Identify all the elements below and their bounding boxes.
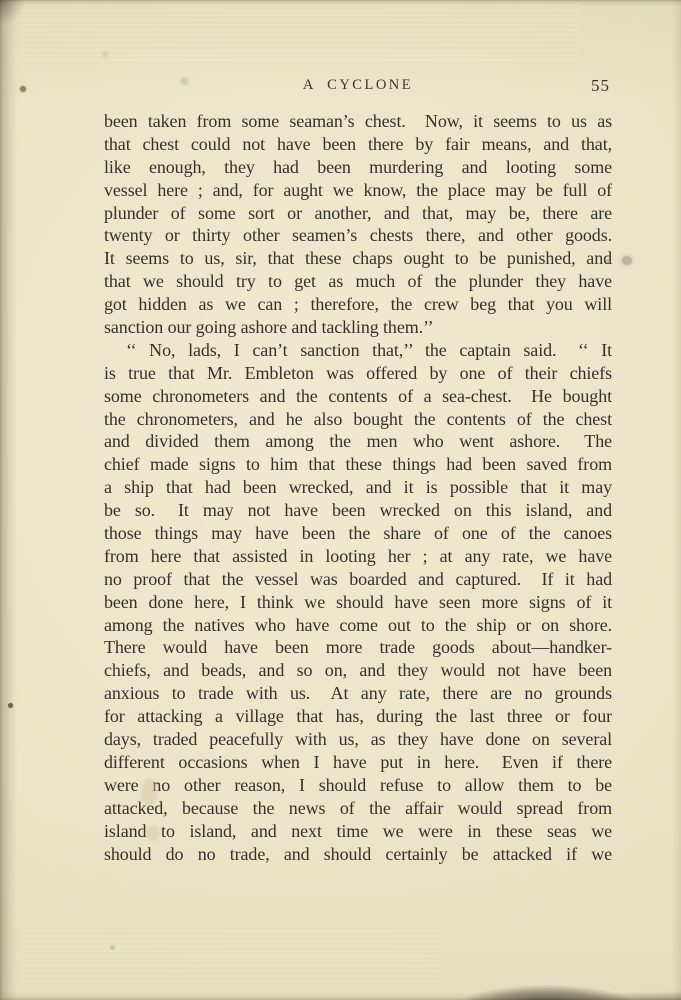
text-line: anxious to trade with us. At any rate, t… (104, 682, 612, 705)
text-line: chiefs, and beads, and so on, and they w… (104, 659, 612, 682)
text-line: There would have been more trade goods a… (104, 636, 612, 659)
text-line: were no other reason, I should refuse to… (104, 774, 612, 797)
text-line: like enough, they had been murdering and… (104, 156, 612, 179)
text-line: attacked, because the news of the affair… (104, 797, 612, 820)
text-line: It seems to us, sir, that these chaps ou… (104, 247, 612, 270)
text-line: twenty or thirty other seamen’s chests t… (104, 224, 612, 247)
page-header: A CYCLONE 55 (104, 77, 612, 97)
text-line: should do no trade, and should certainly… (104, 843, 612, 866)
page-number: 55 (591, 76, 610, 96)
text-line: a ship that had been wrecked, and it is … (104, 476, 612, 499)
foxing-speck (110, 945, 115, 950)
text-line: vessel here ; and, for aught we know, th… (104, 179, 612, 202)
foxing-speck (20, 86, 26, 92)
text-line: for attacking a village that has, during… (104, 705, 612, 728)
text-line: those things may have been the share of … (104, 522, 612, 545)
text-line: ‘‘ No, lads, I can’t sanction that,’’ th… (104, 339, 612, 362)
scan-streaks-top (20, 4, 580, 62)
text-line: different occasions when I have put in h… (104, 751, 612, 774)
running-title: A CYCLONE (104, 77, 612, 94)
foxing-speck (8, 703, 13, 708)
text-line: island to island, and next time we were … (104, 820, 612, 843)
text-line: among the natives who have come out to t… (104, 614, 612, 637)
text-line: plunder of some sort or another, and tha… (104, 202, 612, 225)
paragraph: been taken from some seaman’s chest. Now… (104, 110, 612, 339)
text-block: been taken from some seaman’s chest. Now… (104, 110, 612, 865)
foxing-speck (622, 256, 632, 265)
text-line: days, traded peacefully with us, as they… (104, 728, 612, 751)
text-line: that we should try to get as much of the… (104, 270, 612, 293)
text-line: got hidden as we can ; therefore, the cr… (104, 293, 612, 316)
foxing-speck (102, 51, 108, 57)
text-line: from here that assisted in looting her ;… (104, 545, 612, 568)
text-line: be so. It may not have been wrecked on t… (104, 499, 612, 522)
text-line: been taken from some seaman’s chest. Now… (104, 110, 612, 133)
paragraph: ‘‘ No, lads, I can’t sanction that,’’ th… (104, 339, 612, 865)
text-line: sanction our going ashore and tackling t… (104, 316, 612, 339)
text-line: that chest could not have been there by … (104, 133, 612, 156)
text-line: some chronometers and the contents of a … (104, 385, 612, 408)
text-line: and divided them among the men who went … (104, 430, 612, 453)
text-line: no proof that the vessel was boarded and… (104, 568, 612, 591)
text-line: is true that Mr. Embleton was offered by… (104, 362, 612, 385)
scan-streaks-bottom (20, 930, 440, 982)
book-page-scan: A CYCLONE 55 been taken from some seaman… (0, 0, 681, 1000)
text-line: chief made signs to him that these thing… (104, 453, 612, 476)
text-line: the chronometers, and he also bought the… (104, 408, 612, 431)
text-line: been done here, I think we should have s… (104, 591, 612, 614)
